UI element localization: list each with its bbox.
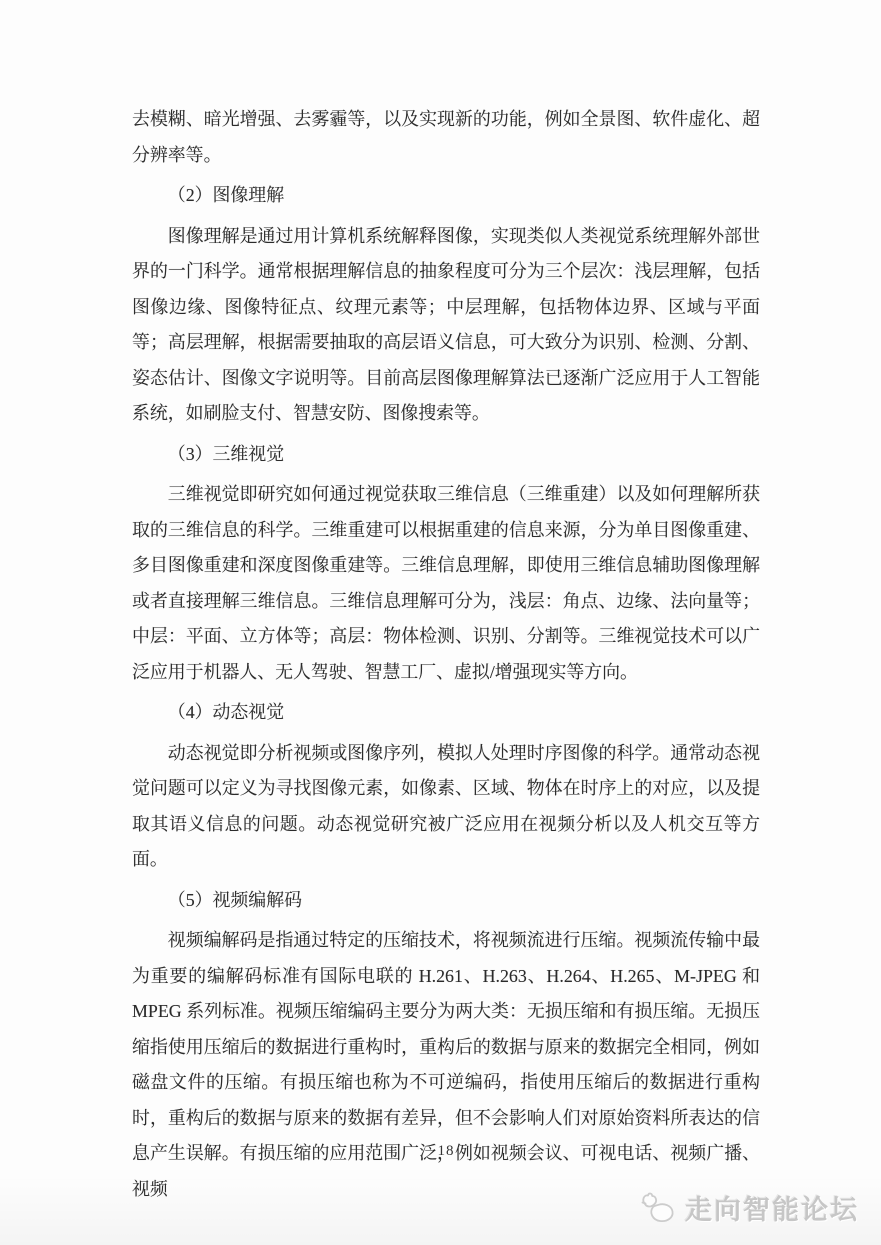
- text-block: 去模糊、暗光增强、去雾霾等，以及实现新的功能，例如全景图、软件虚化、超分辨率等。…: [132, 102, 760, 1207]
- section-heading-4: （4）动态视觉: [132, 695, 760, 731]
- document-page: 去模糊、暗光增强、去雾霾等，以及实现新的功能，例如全景图、软件虚化、超分辨率等。…: [0, 0, 881, 1245]
- section-heading-2: （2）图像理解: [132, 178, 760, 214]
- bird-doodle-icon: [638, 1191, 678, 1225]
- body-paragraph: 三维视觉即研究如何通过视觉获取三维信息（三维重建）以及如何理解所获取的三维信息的…: [132, 477, 760, 690]
- body-paragraph: 图像理解是通过用计算机系统解释图像，实现类似人类视觉系统理解外部世界的一门科学。…: [132, 219, 760, 432]
- section-heading-5: （5）视频编解码: [132, 883, 760, 919]
- body-paragraph: 去模糊、暗光增强、去雾霾等，以及实现新的功能，例如全景图、软件虚化、超分辨率等。: [132, 102, 760, 173]
- body-paragraph: 动态视觉即分析视频或图像序列，模拟人处理时序图像的科学。通常动态视觉问题可以定义…: [132, 736, 760, 878]
- page-number: 18: [132, 1141, 760, 1161]
- watermark-text: 走向智能论坛: [685, 1188, 859, 1227]
- body-paragraph: 视频编解码是指通过特定的压缩技术，将视频流进行压缩。视频流传输中最为重要的编解码…: [132, 923, 760, 1207]
- watermark: 走向智能论坛: [638, 1188, 859, 1227]
- section-heading-3: （3）三维视觉: [132, 437, 760, 473]
